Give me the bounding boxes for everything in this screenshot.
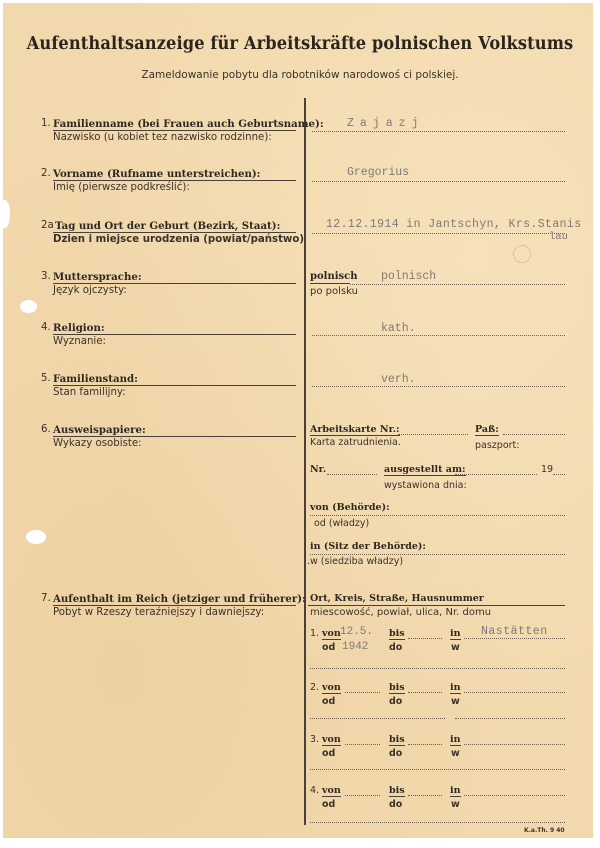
column-divider [304,98,306,825]
from-label-de: von [322,734,341,746]
mother-tongue-value[interactable]: polnisch [381,270,436,283]
in-value[interactable]: Nastätten [481,625,548,638]
address-line[interactable] [310,718,445,719]
birth-date-place-value[interactable]: 12.12.1914 in Jantschyn, Krs.Stanis [326,218,582,231]
religion-line [312,335,565,336]
to-line[interactable] [408,692,442,693]
field-label-pl: Wyznanie: [53,336,106,347]
to-label-de: bis [389,785,405,797]
from-label-de: von [322,785,341,797]
to-label-pl: do [389,799,402,810]
field-label-pl: Imię (pierwsze podkreślić): [53,182,190,193]
label-rule [53,385,296,386]
to-label-pl: do [389,642,402,653]
field-label-pl: Stan familijny: [53,387,126,398]
document-title: Aufenthaltsanzeige für Arbeitskräfte pol… [21,34,579,54]
marital-status-value[interactable]: verh. [381,373,416,386]
from-label-pl: od [322,748,335,759]
in-label-de: in [450,734,461,746]
address-line[interactable] [455,718,565,719]
birth-place-continuation: lau [549,231,568,243]
from-label-de: von [322,682,341,694]
to-label-de: bis [389,734,405,746]
from-line[interactable] [345,744,380,745]
work-card-label-pl: Karta zatrudnienia. [310,437,401,448]
residence-header-de: Ort, Kreis, Straße, Hausnummer [310,593,484,604]
in-label-de: in [450,785,461,797]
printed-underline [310,283,350,284]
family-name-value[interactable]: Zajazj [347,117,424,130]
in-label-pl: w [451,748,460,759]
address-line[interactable] [310,769,565,770]
field-label-de: Vorname (Rufname unterstreichen): [53,168,260,180]
label-rule [53,436,296,437]
label-rule [53,605,296,606]
field-label-pl: Pobyt w Rzeszy teraźniejszy i dawniejszy… [53,607,264,618]
field-label-de: Tag und Ort der Geburt (Bezirk, Staat): [55,220,280,232]
passport-label-pl: paszport: [475,440,519,451]
work-card-label-de: Arbeitskarte Nr.: [310,424,400,436]
form-code: K.a.Th. 9 40 [524,827,565,834]
field-label-de: Familienstand: [53,373,138,385]
given-name-line [312,181,565,182]
passport-label-de: Paß: [475,424,499,436]
to-line[interactable] [408,638,442,639]
field-number: 4. [41,322,51,333]
field-number: 5. [41,373,51,384]
field-label-de: Religion: [53,322,105,334]
to-line[interactable] [408,744,442,745]
from-value[interactable]: 12.5. [340,626,373,638]
from-year-value[interactable]: 1942 [342,641,368,653]
in-line [464,638,565,639]
in-label-pl: w [451,696,460,707]
field-label-pl: Język ojczysty: [53,285,127,296]
birth-line [312,233,565,234]
in-label-pl: w [451,642,460,653]
entry-number: 2. [310,682,319,693]
to-label-de: bis [389,628,405,640]
printed-polnisch: polnisch [310,271,358,282]
from-line[interactable] [345,692,380,693]
in-label-de: in [450,682,461,694]
document-subtitle: Zameldowanie pobytu dla robotników narod… [0,69,600,81]
authority-label-pl: od (władzy) [314,518,369,529]
to-label-pl: do [389,748,402,759]
issued-on-label-de: ausgestellt am: [384,464,466,476]
entry-number: 4. [310,785,319,796]
label-rule [53,130,296,131]
label-rule [53,180,296,181]
entry-number: 3. [310,734,319,745]
address-line[interactable] [310,668,565,669]
field-number: 6. [41,424,51,435]
authority-seat-label-de: in (Sitz der Behörde): [310,541,426,552]
label-rule [53,232,296,233]
from-label-pl: od [322,642,335,653]
nr-label: Nr. [310,464,326,475]
from-label-pl: od [322,799,335,810]
issued-on-line[interactable] [455,474,537,475]
entry-number: 1. [310,628,319,639]
field-number: 2a [41,220,54,231]
field-label-de: Ausweispapiere: [53,424,146,436]
given-name-value[interactable]: Gregorius [347,166,409,179]
residence-header-pl: miescowość, powiał, ulica, Nr. domu [310,607,491,618]
field-label-pl: Dzien i miejsce urodzenia (powiat/państw… [53,234,304,245]
label-rule [53,283,296,284]
from-line[interactable] [345,795,380,796]
mother-tongue-line [350,284,565,285]
family-name-line [312,131,565,132]
in-line[interactable] [464,692,565,693]
authority-label-de: von (Behörde): [310,502,390,513]
from-label-de: von [322,628,341,640]
nr-line[interactable] [327,474,377,475]
to-line[interactable] [408,795,442,796]
in-label-de: in [450,628,461,640]
religion-value[interactable]: kath. [381,322,416,335]
residence-header-rule [308,605,565,606]
field-number: 1. [41,118,51,129]
in-label-pl: w [451,799,460,810]
field-number: 3. [41,271,51,282]
field-label-pl: Nazwisko (u kobiet tez nazwisko rodzinne… [53,132,272,143]
field-label-de: Muttersprache: [53,271,142,283]
authority-seat-label-pl: .w (siedziba władzy) [307,556,403,567]
year-line[interactable] [553,474,565,475]
printed-po-polsku: po polsku [310,286,358,297]
in-line[interactable] [464,795,565,796]
from-label-pl: od [322,696,335,707]
authority-line[interactable] [310,515,565,516]
faint-stamp [513,245,531,263]
work-card-number-line[interactable] [398,434,468,435]
year-prefix: 19 [541,464,553,475]
field-label-pl: Wykazy osobiste: [53,438,142,449]
to-label-de: bis [389,682,405,694]
field-number: 7. [41,593,51,604]
issued-on-label-pl: wystawiona dnia: [384,480,467,491]
paper-hole [20,300,37,313]
field-number: 2. [41,168,51,179]
field-label-de: Familienname (bei Frauen auch Geburtsnam… [53,118,324,130]
paper-hole [26,530,46,544]
label-rule [53,334,296,335]
passport-line[interactable] [503,434,565,435]
in-line[interactable] [464,744,565,745]
paper-damage [0,200,10,228]
field-label-de: Aufenthalt im Reich (jetziger und früher… [53,593,306,605]
authority-seat-line[interactable] [310,554,565,555]
to-label-pl: do [389,696,402,707]
address-line[interactable] [310,822,565,823]
marital-status-line [312,386,565,387]
